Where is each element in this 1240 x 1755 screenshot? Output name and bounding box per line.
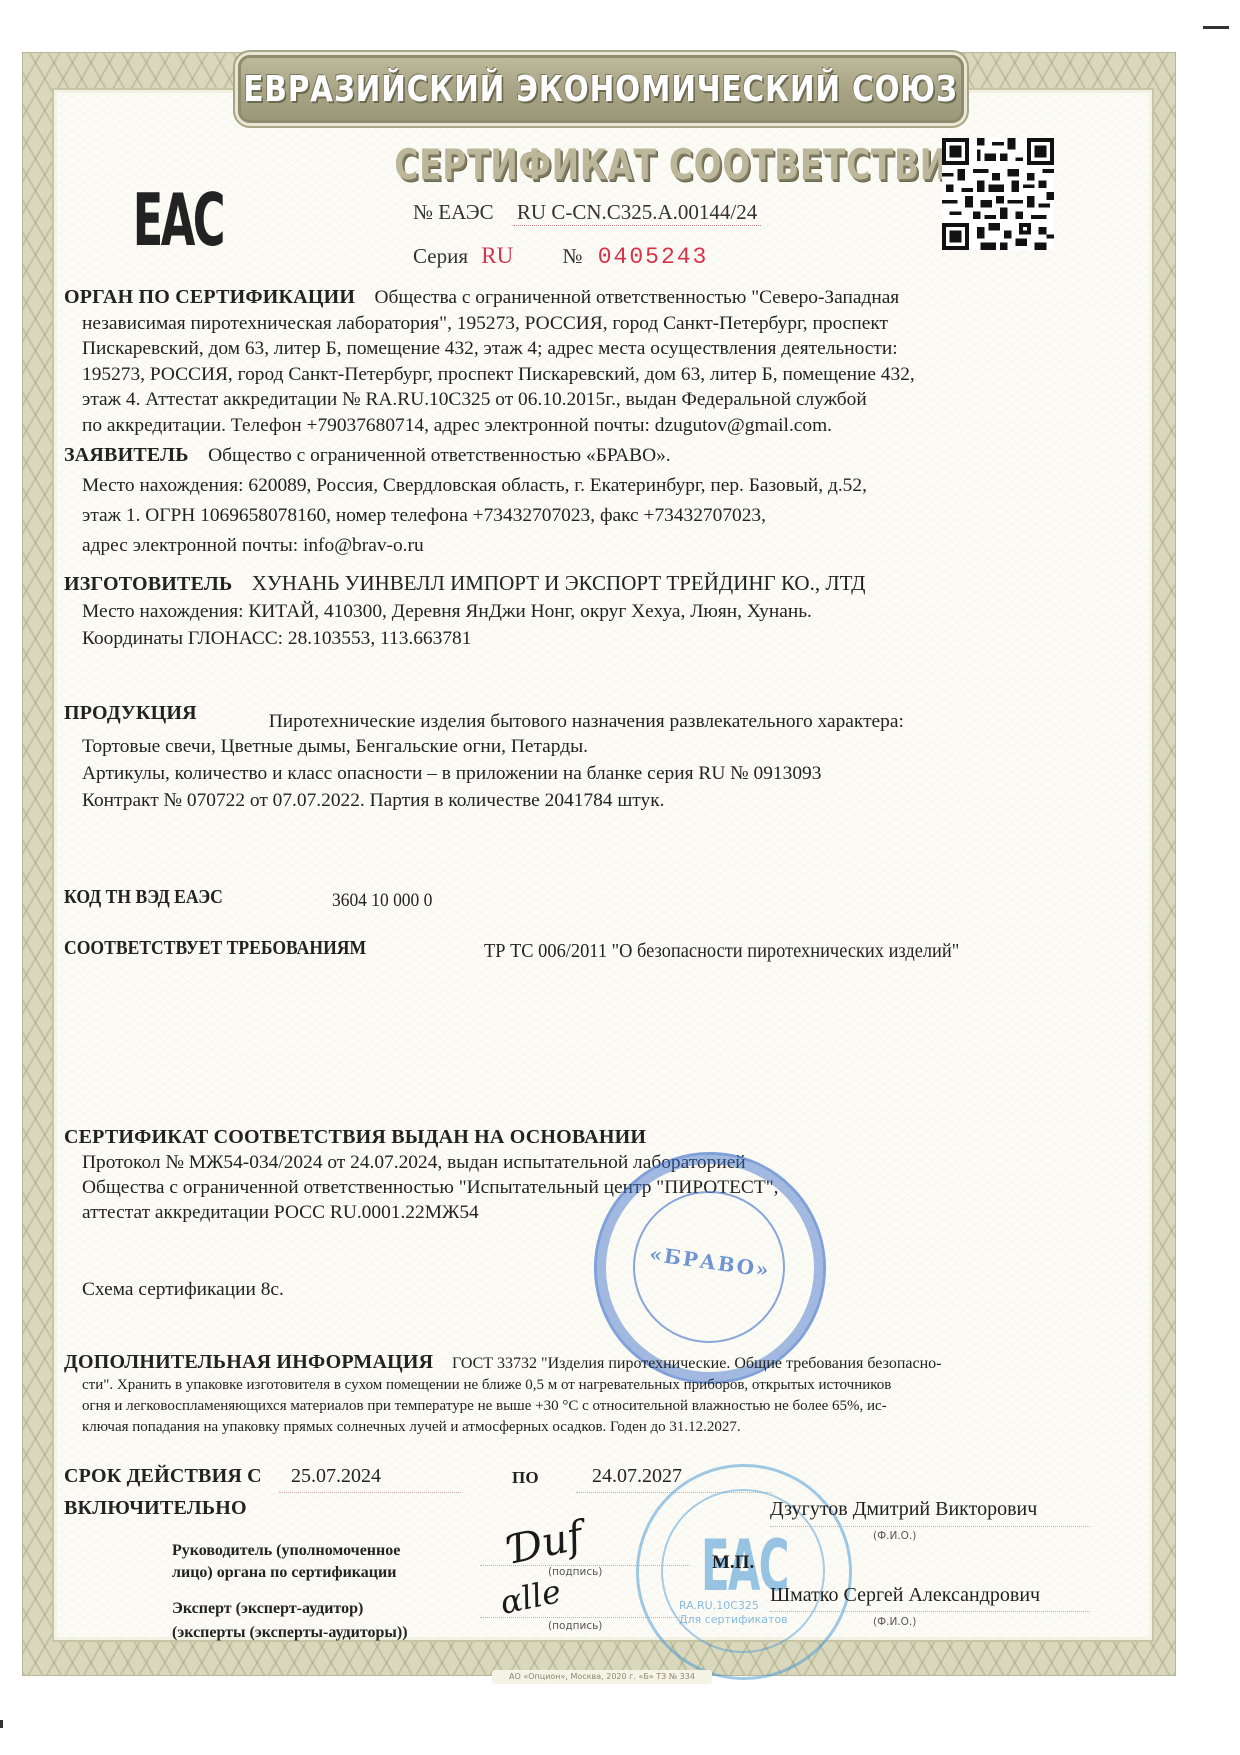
name-caption: (Ф.И.О.): [873, 1530, 916, 1542]
tn-ved-section: КОД ТН ВЭД ЕАЭС 3604 10 000 0: [64, 885, 1124, 911]
scan-mark: [1203, 26, 1229, 29]
registration-number: RU C-CN.C325.A.00144/24: [513, 200, 761, 226]
product-label: ПРОДУКЦИЯ: [64, 702, 197, 724]
series-value: RU: [481, 243, 513, 268]
name-line: [770, 1526, 1090, 1527]
signature-caption: (подпись): [548, 1620, 602, 1632]
registration-label: № ЕАЭС: [413, 200, 494, 224]
applicant-label: ЗАЯВИТЕЛЬ: [64, 444, 189, 466]
product-section: ПРОДУКЦИЯПиротехнические изделия бытовог…: [64, 700, 1124, 814]
head-name: Дзугутов Дмитрий Викторович: [770, 1498, 1037, 1521]
head-signature-label: Руководитель (уполномоченное лицо) орган…: [172, 1540, 472, 1584]
expert-signature-label: Эксперт (эксперт-аудитор) (эксперты (экс…: [172, 1597, 492, 1645]
applicant-name: Общество с ограниченной ответственностью…: [208, 445, 671, 466]
additional-info-label: ДОПОЛНИТЕЛЬНАЯ ИНФОРМАЦИЯ: [64, 1351, 433, 1373]
eac-logo-icon: ЕАС: [138, 165, 218, 275]
registration-number-line: № ЕАЭС RU C-CN.C325.A.00144/24: [413, 200, 761, 226]
valid-from-label: СРОК ДЕЙСТВИЯ С: [64, 1465, 262, 1487]
applicant-section: ЗАЯВИТЕЛЬ Общество с ограниченной ответс…: [64, 440, 1124, 561]
union-title: ЕВРАЗИЙСКИЙ ЭКОНОМИЧЕСКИЙ СОЮЗ: [244, 69, 958, 110]
number-label: №: [562, 244, 582, 268]
union-banner: ЕВРАЗИЙСКИЙ ЭКОНОМИЧЕСКИЙ СОЮЗ: [238, 55, 964, 123]
valid-to-label: ПО: [512, 1460, 539, 1492]
seal-label: М.П.: [712, 1552, 754, 1574]
signature-caption: (подпись): [548, 1566, 602, 1578]
requirements-section: СООТВЕТСТВУЕТ ТРЕБОВАНИЯМ ТР ТС 006/2011…: [64, 936, 1124, 962]
blank-number: 0405243: [598, 244, 709, 270]
series-label: Серия: [413, 244, 468, 268]
printer-tag: АО «Опцион», Москва, 2020 г. «Б» ТЗ № 33…: [492, 1670, 712, 1684]
basis-label: СЕРТИФИКАТ СООТВЕТСТВИЯ ВЫДАН НА ОСНОВАН…: [64, 1125, 1124, 1150]
qr-code-icon[interactable]: [942, 138, 1054, 250]
name-line: [770, 1611, 1090, 1612]
requirements-value: ТР ТС 006/2011 "О безопасности пиротехни…: [484, 939, 959, 965]
manufacturer-name: ХУНАНЬ УИНВЕЛЛ ИМПОРТ И ЭКСПОРТ ТРЕЙДИНГ…: [252, 571, 866, 595]
expert-name: Шматко Сергей Александрович: [770, 1584, 1040, 1607]
manufacturer-label: ИЗГОТОВИТЕЛЬ: [64, 573, 232, 595]
tn-ved-code: 3604 10 000 0: [332, 888, 432, 914]
valid-from-date: 25.07.2024: [279, 1460, 461, 1493]
series-line: Серия RU № 0405243: [413, 243, 708, 270]
requirements-label: СООТВЕТСТВУЕТ ТРЕБОВАНИЯМ: [64, 936, 366, 962]
manufacturer-section: ИЗГОТОВИТЕЛЬ ХУНАНЬ УИНВЕЛЛ ИМПОРТ И ЭКС…: [64, 570, 1124, 652]
additional-info-section: ДОПОЛНИТЕЛЬНАЯ ИНФОРМАЦИЯ ГОСТ 33732 "Из…: [64, 1352, 1124, 1438]
certificate-title: СЕРТИФИКАТ СООТВЕТСТВИЯ: [394, 140, 807, 189]
signature-line: [480, 1617, 690, 1618]
scan-mark: [0, 1720, 3, 1728]
certification-body-label: ОРГАН ПО СЕРТИФИКАЦИИ: [64, 286, 355, 308]
tn-ved-label: КОД ТН ВЭД ЕАЭС: [64, 885, 223, 911]
name-caption: (Ф.И.О.): [873, 1616, 916, 1628]
certification-body-section: ОРГАН ПО СЕРТИФИКАЦИИ Общества с огранич…: [64, 285, 1124, 438]
applicant-stamp: «БРАВО»: [594, 1152, 826, 1384]
